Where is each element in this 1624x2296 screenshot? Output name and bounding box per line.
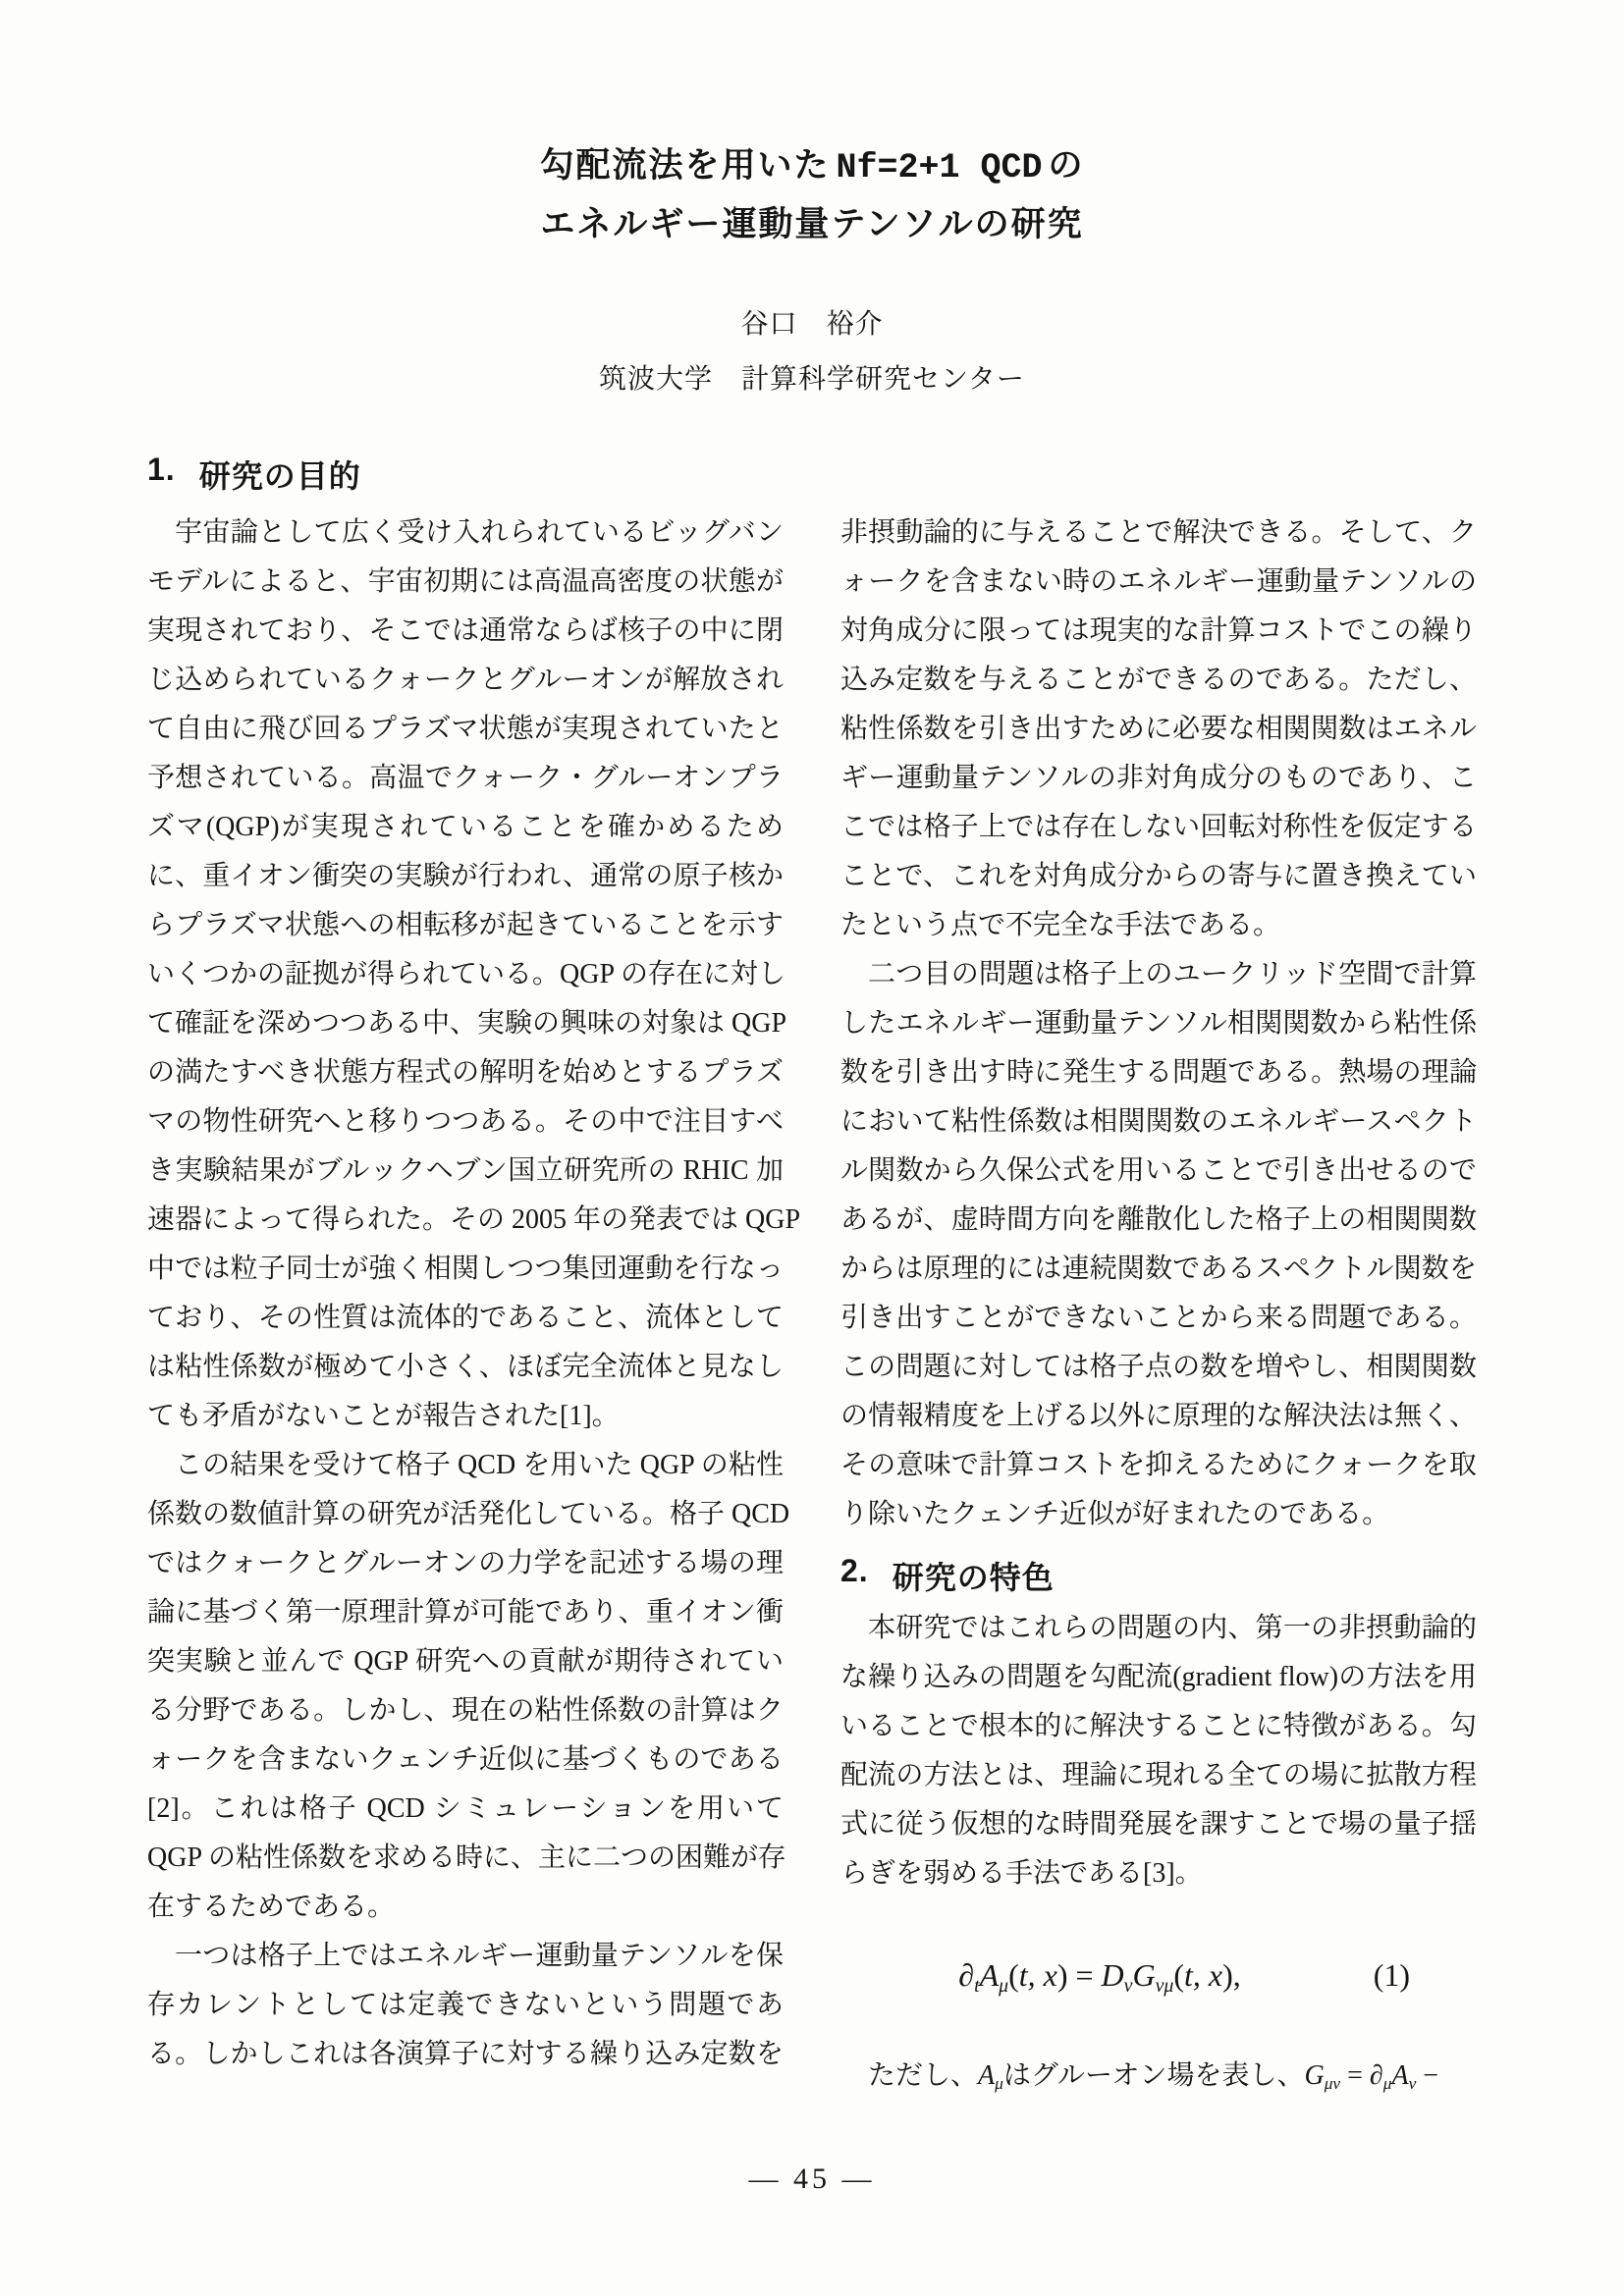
math-minus: − [1416, 2060, 1438, 2091]
body-line: 二つ目の問題は格子上のユークリッド空間で計算 [840, 950, 1477, 999]
body-line: の満たすべき状態方程式の解明を始めとするプラズ [147, 1048, 784, 1097]
section-1-heading: 1. 研究の目的 [147, 452, 784, 508]
math-var: D [1102, 1957, 1124, 1993]
math-args: t, x [1019, 1957, 1057, 1993]
body-line: 配流の方法とは、理論に現れる全ての場に拡散方程 [840, 1751, 1477, 1800]
body-line: 数を引き出す時に発生する問題である。熱場の理論 [840, 1048, 1477, 1097]
body-line: き実験結果がブルックヘブン国立研究所の RHIC 加 [147, 1147, 784, 1196]
math-equals: ) = [1057, 1957, 1102, 1993]
tail-text: ただし、 [868, 2060, 978, 2091]
body-line: あるが、虚時間方向を離散化した格子上の相関関数 [840, 1196, 1477, 1245]
body-line: る。しかしこれは各演算子に対する繰り込み定数を [147, 2030, 784, 2079]
section-2-title: 研究の特色 [893, 1553, 1055, 1598]
body-line: る分野である。しかし、現在の粘性係数の計算はク [147, 1686, 784, 1735]
math-args: t, x [1184, 1957, 1222, 1993]
body-line: ギー運動量テンソルの非対角成分のものであり、こ [840, 754, 1477, 803]
equation-row: ∂tAμ(t, x) = DνGνμ(t, x), (1) [840, 1948, 1477, 2002]
body-line: その意味で計算コストを抑えるためにクォークを取 [840, 1441, 1477, 1490]
math-var: A [980, 1957, 1000, 1993]
paper-title-line2: エネルギー運動量テンソルの研究 [0, 196, 1624, 252]
body-line: 本研究ではこれらの問題の内、第一の非摂動論的 [840, 1604, 1477, 1653]
equation-1: ∂tAμ(t, x) = DνGνμ(t, x), [840, 1948, 1359, 2013]
body-line: 論に基づく第一原理計算が可能であり、重イオン衝 [147, 1588, 784, 1637]
page-number: — 45 — [0, 2163, 1624, 2196]
body-line: 一つは格子上ではエネルギー運動量テンソルを保 [147, 1932, 784, 1981]
body-line: ことで、これを対角成分からの寄与に置き換えてい [840, 852, 1477, 901]
body-line: この問題に対しては格子点の数を増やし、相関関数 [840, 1343, 1477, 1392]
body-line: て確証を深めつつある中、実験の興味の対象は QGP [147, 999, 784, 1048]
body-line: な繰り込みの問題を勾配流(gradient flow)の方法を用 [840, 1653, 1477, 1702]
body-line: 式に従う仮想的な時間発展を課すことで場の量子揺 [840, 1800, 1477, 1849]
column-spacer [840, 452, 1477, 508]
math-partial: ∂ [1370, 2060, 1383, 2091]
body-line: らプラズマ状態への相転移が起きていることを示す [147, 901, 784, 950]
body-line: たという点で不完全な手法である。 [840, 901, 1477, 950]
title-jp-pre: 勾配流法を用いた [539, 146, 830, 185]
equation-number: (1) [1374, 1948, 1410, 2002]
math-sub: νμ [1156, 1975, 1174, 1997]
section-1-title: 研究の目的 [199, 452, 361, 497]
body-line: いくつかの証拠が得られている。QGP の存在に対し [147, 950, 784, 999]
body-line: 非摂動論的に与えることで解決できる。そして、ク [840, 508, 1477, 558]
body-line: いることで根本的に解決することに特徴がある。勾 [840, 1702, 1477, 1751]
paper-title-line1: 勾配流法を用いたNf=2+1 QCDの [0, 137, 1624, 196]
body-line: り除いたクェンチ近似が好まれたのである。 [840, 1490, 1477, 1539]
title-jp-post: の [1049, 146, 1085, 185]
math-sub: μν [1325, 2074, 1340, 2093]
paper-title: 勾配流法を用いたNf=2+1 QCDの エネルギー運動量テンソルの研究 [0, 137, 1624, 252]
section-1-number: 1. [147, 452, 176, 488]
right-column-text-top: 非摂動論的に与えることで解決できる。そして、クォークを含まない時のエネルギー運動… [840, 508, 1477, 1539]
body-line: ても矛盾がないことが報告された[1]。 [147, 1392, 784, 1441]
body-line: て自由に飛び回るプラズマ状態が実現されていたと [147, 705, 784, 754]
tail-text-line: ただし、Aμはグルーオン場を表し、Gμν = ∂μAν − [840, 2052, 1477, 2101]
math-partial: ∂ [958, 1957, 974, 1993]
body-line: は粘性係数が極めて小さく、ほぼ完全流体と見なし [147, 1343, 784, 1392]
body-line: 粘性係数を引き出すために必要な相関関数はエネル [840, 705, 1477, 754]
body-line: [2]。これは格子 QCD シミュレーションを用いて [147, 1785, 784, 1834]
body-line: 在するためである。 [147, 1883, 784, 1932]
left-column: 1. 研究の目的 宇宙論として広く受け入れられているビッグバンモデルによると、宇… [147, 452, 784, 2079]
body-line: において粘性係数は相関関数のエネルギースペクト [840, 1097, 1477, 1147]
paper-page: 勾配流法を用いたNf=2+1 QCDの エネルギー運動量テンソルの研究 谷口 裕… [0, 0, 1624, 2296]
body-line: 対角成分に限っては現実的な計算コストでこの繰り [840, 607, 1477, 656]
body-line: の情報精度を上げる以外に原理的な解決法は無く、 [840, 1392, 1477, 1441]
body-line: ではクォークとグルーオンの力学を記述する場の理 [147, 1539, 784, 1588]
math-var: G [1304, 2060, 1324, 2091]
author-affiliation: 筑波大学 計算科学研究センター [0, 352, 1624, 407]
body-line: に、重イオン衝突の実験が行われ、通常の原子核か [147, 852, 784, 901]
math-var: A [978, 2060, 995, 2091]
body-line: QGP の粘性係数を求める時に、主に二つの困難が存 [147, 1834, 784, 1883]
math-sub: μ [999, 1975, 1008, 1997]
body-line: マの物性研究へと移りつつある。その中で注目すべ [147, 1097, 784, 1147]
body-line: 引き出すことができないことから来る問題である。 [840, 1294, 1477, 1343]
section-2-heading: 2. 研究の特色 [840, 1553, 1477, 1596]
body-line: 実現されており、そこでは通常ならば核子の中に閉 [147, 607, 784, 656]
tail-text: はグルーオン場を表し、 [1003, 2060, 1305, 2091]
math-paren: ( [1173, 1957, 1184, 1993]
body-line: 突実験と並んで QGP 研究への貢献が期待されてい [147, 1637, 784, 1686]
body-line: 存カレントとしては定義できないという問題であ [147, 1981, 784, 2030]
right-column-text-bottom: 本研究ではこれらの問題の内、第一の非摂動論的な繰り込みの問題を勾配流(gradi… [840, 1604, 1477, 1898]
body-line: からは原理的には連続関数であるスペクトル関数を [840, 1245, 1477, 1294]
math-sub: μ [995, 2074, 1003, 2093]
body-line: ォークを含まない時のエネルギー運動量テンソルの [840, 558, 1477, 607]
body-line: ており、その性質は流体的であること、流体として [147, 1294, 784, 1343]
author-block: 谷口 裕介 筑波大学 計算科学研究センター [0, 297, 1624, 407]
body-line: 込み定数を与えることができるのである。ただし、 [840, 656, 1477, 705]
body-line: ル関数から久保公式を用いることで引き出せるので [840, 1147, 1477, 1196]
author-name: 谷口 裕介 [0, 297, 1624, 352]
body-line: 係数の数値計算の研究が活発化している。格子 QCD [147, 1490, 784, 1539]
math-paren: ( [1008, 1957, 1019, 1993]
body-line: らぎを弱める手法である[3]。 [840, 1849, 1477, 1898]
right-column: 非摂動論的に与えることで解決できる。そして、クォークを含まない時のエネルギー運動… [840, 452, 1477, 2101]
body-line: この結果を受けて格子 QCD を用いた QGP の粘性 [147, 1441, 784, 1490]
body-line: ズマ(QGP)が実現されていることを確かめるため [147, 803, 784, 852]
body-line: じ込められているクォークとグルーオンが解放され [147, 656, 784, 705]
body-line: 速器によって得られた。その 2005 年の発表では QGP [147, 1196, 784, 1245]
left-column-text: 宇宙論として広く受け入れられているビッグバンモデルによると、宇宙初期には高温高密… [147, 508, 784, 2079]
section-2-number: 2. [840, 1553, 869, 1589]
body-line: こでは格子上では存在しない回転対称性を仮定する [840, 803, 1477, 852]
math-equals: = [1340, 2060, 1370, 2091]
math-paren: ), [1222, 1957, 1241, 1993]
math-var: A [1391, 2060, 1408, 2091]
title-code: Nf=2+1 QCD [836, 148, 1042, 187]
body-line: したエネルギー運動量テンソル相関関数から粘性係 [840, 999, 1477, 1048]
body-line: ォークを含まないクェンチ近似に基づくものである [147, 1735, 784, 1785]
body-line: 予想されている。高温でクォーク・グルーオンプラ [147, 754, 784, 803]
math-var: G [1132, 1957, 1155, 1993]
body-line: モデルによると、宇宙初期には高温高密度の状態が [147, 558, 784, 607]
body-line: 中では粒子同士が強く相関しつつ集団運動を行なっ [147, 1245, 784, 1294]
body-line: 宇宙論として広く受け入れられているビッグバン [147, 508, 784, 558]
